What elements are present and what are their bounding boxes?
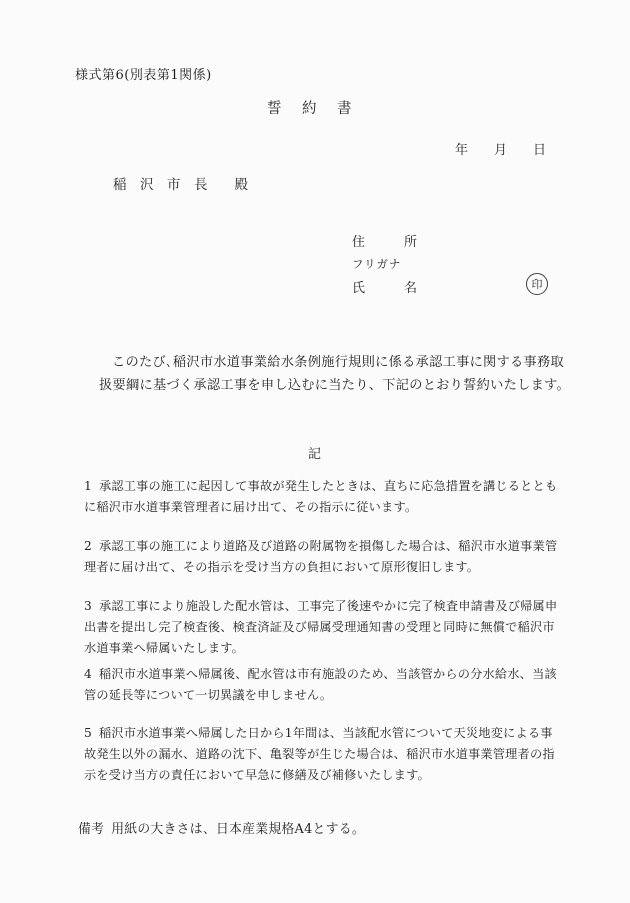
remarks-label: 備考 [78,822,104,837]
form-number: 様式第6(別表第1関係) [75,64,212,83]
name-label: 氏 名 [352,277,417,296]
item-text: 承認工事により施設した配水管は、工事完了後速やかに完了検査申請書及び帰属申出書を… [84,599,557,655]
address-label: 住 所 [352,231,417,250]
item-text: 承認工事の施工により道路及び道路の附属物を損傷した場合は、稲沢市水道事業管理者に… [84,539,557,574]
remarks-line: 備考用紙の大きさは、日本産業規格A4とする。 [78,818,578,837]
seal-icon: 印 [526,273,548,295]
item-text: 稲沢市水道事業へ帰属後、配水管は市有施設のため、当該管からの分水給水、当該管の延… [84,667,557,702]
item-number: 4 [84,664,99,685]
remarks-text: 用紙の大きさは、日本産業規格A4とする。 [111,822,365,837]
item-text: 承認工事の施工に起因して事故が発生したときは、直ちに応急措置を講じるとともに稲沢… [84,479,557,514]
pledge-item-1: 1承認工事の施工に起因して事故が発生したときは、直ちに応急措置を講じるとともに稲… [84,476,564,518]
document-title: 誓 約 書 [267,97,355,118]
pledge-item-2: 2承認工事の施工により道路及び道路の附属物を損傷した場合は、稲沢市水道事業管理者… [84,536,564,578]
seal-character: 印 [532,279,543,290]
pledge-item-4: 4稲沢市水道事業へ帰属後、配水管は市有施設のため、当該管からの分水給水、当該管の… [84,664,564,706]
item-number: 2 [84,536,99,557]
pledge-item-5: 5稲沢市水道事業へ帰属した日から1年間は、当該配水管について天災地変による事故発… [84,723,564,786]
item-number: 1 [84,476,99,497]
item-text: 稲沢市水道事業へ帰属した日から1年間は、当該配水管について天災地変による事故発生… [84,726,555,782]
date-line: 年 月 日 [455,139,546,158]
item-number: 3 [84,596,99,617]
item-number: 5 [84,723,99,744]
intro-paragraph: このたび､稲沢市水道事業給水条例施行規則に係る承認工事に関する事務取扱要綱に基づ… [99,351,577,397]
pledge-item-3: 3承認工事により施設した配水管は、工事完了後速やかに完了検査申請書及び帰属申出書… [84,596,564,659]
record-heading: 記 [0,443,630,462]
furigana-label: フリガナ [352,256,401,272]
addressee-mayor: 稲 沢 市 長 殿 [113,173,248,193]
pledge-document-page: 様式第6(別表第1関係) 誓 約 書 年 月 日 稲 沢 市 長 殿 住 所 フ… [0,0,630,903]
